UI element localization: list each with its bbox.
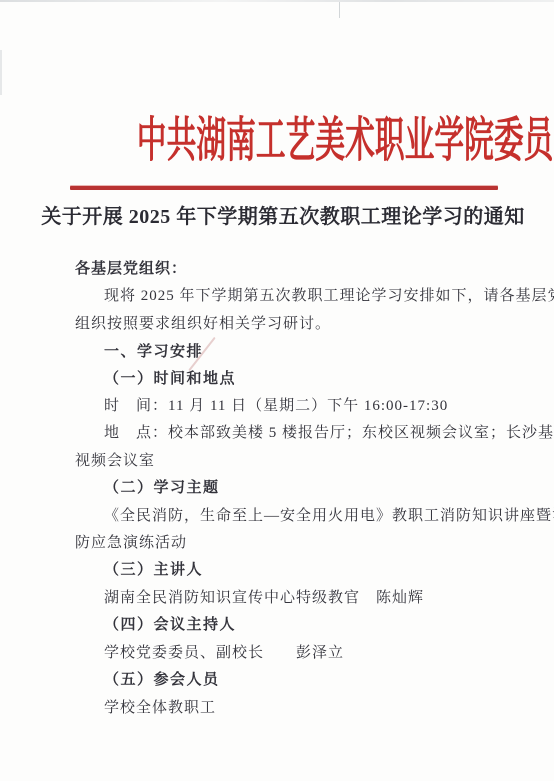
section-1-heading: 一、学习安排 [75,338,505,365]
notice-body: 各基层党组织： 现将 2025 年下学期第五次教职工理论学习安排如下，请各基层党… [75,256,505,722]
salutation-line: 各基层党组织： [75,256,505,283]
scan-artifact-top-edge [0,0,554,2]
intro-line-2: 组织按照要求组织好相关学习研讨。 [75,311,505,338]
item-4-host-line: 学校党委委员、副校长 彭泽立 [75,640,505,667]
item-5-attendees-line: 学校全体教职工 [75,695,505,722]
notice-title: 关于开展 2025 年下学期第五次教职工理论学习的通知 [0,200,554,229]
scanned-notice-page: 中共湖南工艺美术职业学院委员会 关于开展 2025 年下学期第五次教职工理论学习… [0,0,554,781]
item-1-place-line-1: 地 点：校本部致美楼 5 楼报告厅；东校区视频会议室；长沙基地 [75,420,505,447]
letterhead-org-title-text: 中共湖南工艺美术职业学院委员会 [137,112,554,170]
letterhead-org-title: 中共湖南工艺美术职业学院委员会 [0,112,554,170]
item-5-heading: （五）参会人员 [75,667,505,694]
item-1-place-line-2: 视频会议室 [75,448,505,475]
intro-line-1: 现将 2025 年下学期第五次教职工理论学习安排如下，请各基层党 [75,283,505,310]
item-3-heading: （三）主讲人 [75,557,505,584]
item-2-topic-line-1: 《全民消防，生命至上—安全用火用电》教职工消防知识讲座暨消 [75,503,505,530]
scan-artifact-tick [339,2,340,18]
item-4-heading: （四）会议主持人 [75,612,505,639]
item-2-heading: （二）学习主题 [75,475,505,502]
letterhead-red-rule [70,186,498,190]
item-1-time-line: 时 间：11 月 11 日（星期二）下午 16:00-17:30 [75,393,505,420]
item-2-topic-line-2: 防应急演练活动 [75,530,505,557]
item-3-speaker-line: 湖南全民消防知识宣传中心特级教官 陈灿辉 [75,585,505,612]
item-1-heading: （一）时间和地点 [75,366,505,393]
scan-artifact-left-edge [0,50,2,95]
